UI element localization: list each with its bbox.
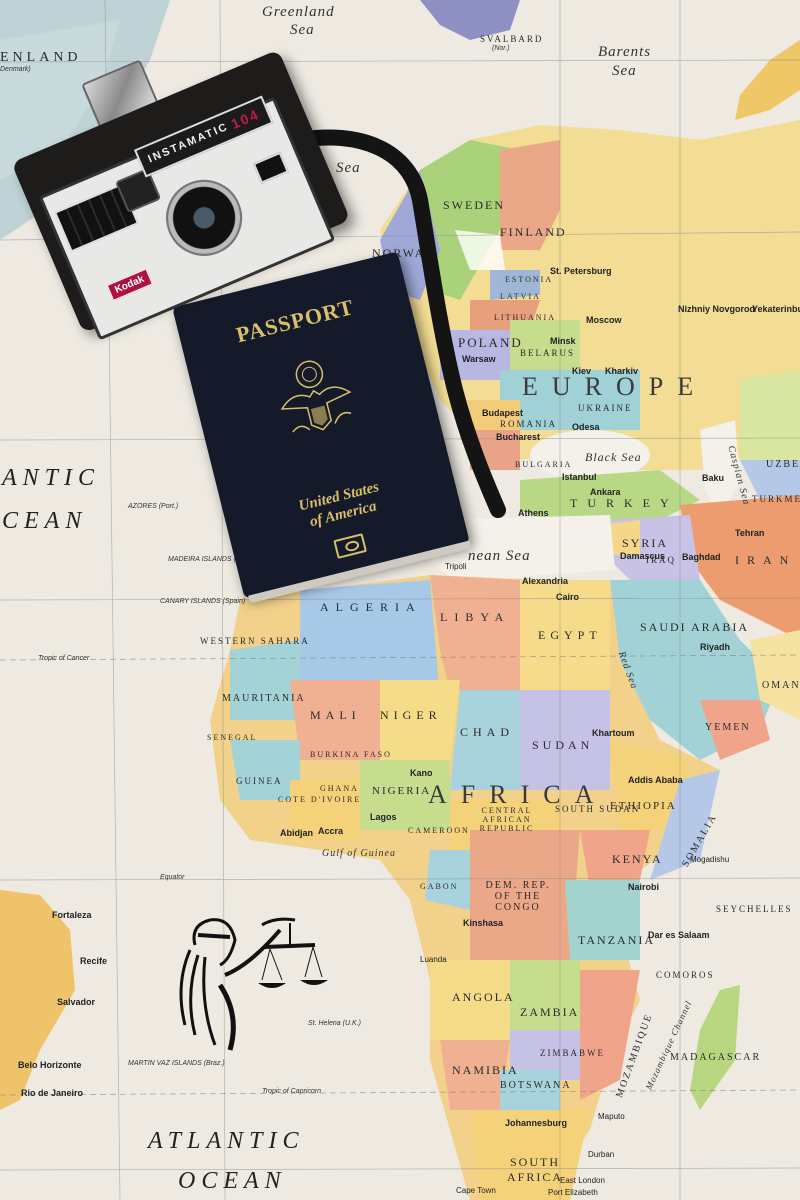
tropic-of-capricorn-label: Tropic of Capricorn: [262, 1088, 321, 1095]
country-label: SUDAN: [532, 738, 593, 753]
country-label: NAMIBIA: [452, 1063, 519, 1078]
city-label: Khartoum: [592, 728, 635, 738]
country-label: CHAD: [460, 725, 514, 740]
city-label: Accra: [318, 826, 343, 836]
city-label: Port Elizabeth: [548, 1188, 598, 1197]
photo-scene: ANTIC CEAN ATLANTIC OCEAN Greenland Sea …: [0, 0, 800, 1200]
country-label: BOTSWANA: [500, 1080, 572, 1091]
country-label: MALI: [310, 708, 361, 723]
country-label: MADAGASCAR: [670, 1052, 761, 1063]
city-label: Addis Ababa: [628, 775, 683, 785]
city-label: Fortaleza: [52, 910, 92, 920]
country-label: YEMEN: [705, 722, 751, 733]
country-label: GABON: [420, 882, 458, 891]
city-label: Salvador: [57, 997, 95, 1007]
country-label: OMAN: [762, 680, 800, 691]
country-label: DEM. REP. OF THE CONGO: [478, 880, 558, 913]
lady-justice-scales-icon: [170, 905, 335, 1055]
country-label: WESTERN SAHARA: [200, 636, 310, 646]
city-label: Dar es Salaam: [648, 930, 710, 940]
country-label: KENYA: [612, 852, 663, 867]
country-label: BURKINA FASO: [310, 750, 392, 759]
country-label: EGYPT: [538, 628, 602, 643]
country-label: COTE D'IVOIRE: [278, 795, 361, 804]
city-label: Abidjan: [280, 828, 313, 838]
country-label: NIGERIA: [372, 785, 431, 797]
eagle-seal-icon: [261, 346, 370, 455]
country-label: NIGER: [380, 708, 442, 723]
country-label: ANGOLA: [452, 990, 515, 1005]
city-label: Rio de Janeiro: [21, 1088, 83, 1098]
e-passport-chip-icon: [333, 533, 367, 559]
city-label: Riyadh: [700, 642, 730, 652]
city-label: Belo Horizonte: [18, 1060, 82, 1070]
city-label: Kano: [410, 768, 433, 778]
city-label: Mogadishu: [690, 855, 729, 864]
city-label: Durban: [588, 1150, 614, 1159]
city-label: Luanda: [420, 955, 447, 964]
camera-model-number: 104: [229, 106, 262, 132]
city-label: Recife: [80, 956, 107, 966]
country-label: SENEGAL: [207, 733, 257, 742]
region-label-seychelles: SEYCHELLES: [716, 904, 793, 914]
country-label: ALGERIA: [320, 600, 422, 615]
sea-label-gulf-of-guinea: Gulf of Guinea: [322, 848, 396, 859]
city-label: Cape Town: [456, 1186, 496, 1195]
region-label-martin-vaz: MARTIN VAZ ISLANDS (Braz.): [128, 1060, 225, 1067]
city-label: Nairobi: [628, 882, 659, 892]
city-label: Kinshasa: [463, 918, 503, 928]
country-label: ZAMBIA: [520, 1005, 579, 1020]
city-label: Maputo: [598, 1112, 625, 1121]
country-label: GUINEA: [236, 776, 283, 786]
country-label: ETHIOPIA: [610, 800, 677, 812]
country-label: LIBYA: [440, 610, 510, 625]
ocean-label-south-atlantic-2: OCEAN: [178, 1168, 287, 1195]
country-label: ZIMBABWE: [540, 1048, 605, 1058]
country-label: CAMEROON: [408, 826, 470, 835]
region-label-comoros: COMOROS: [656, 970, 715, 980]
ocean-label-south-atlantic-1: ATLANTIC: [148, 1128, 304, 1155]
country-label: GHANA: [320, 784, 359, 793]
tropic-of-cancer-label: Tropic of Cancer: [38, 655, 89, 662]
country-label: MAURITANIA: [222, 693, 306, 704]
equator-label: Equator: [160, 874, 185, 881]
country-label: CENTRAL AFRICAN REPUBLIC: [472, 806, 542, 833]
city-label: Lagos: [370, 812, 397, 822]
country-label: SAUDI ARABIA: [640, 620, 749, 635]
country-label: TANZANIA: [578, 933, 655, 948]
city-label: East London: [560, 1176, 605, 1185]
city-label: Johannesburg: [505, 1118, 567, 1128]
